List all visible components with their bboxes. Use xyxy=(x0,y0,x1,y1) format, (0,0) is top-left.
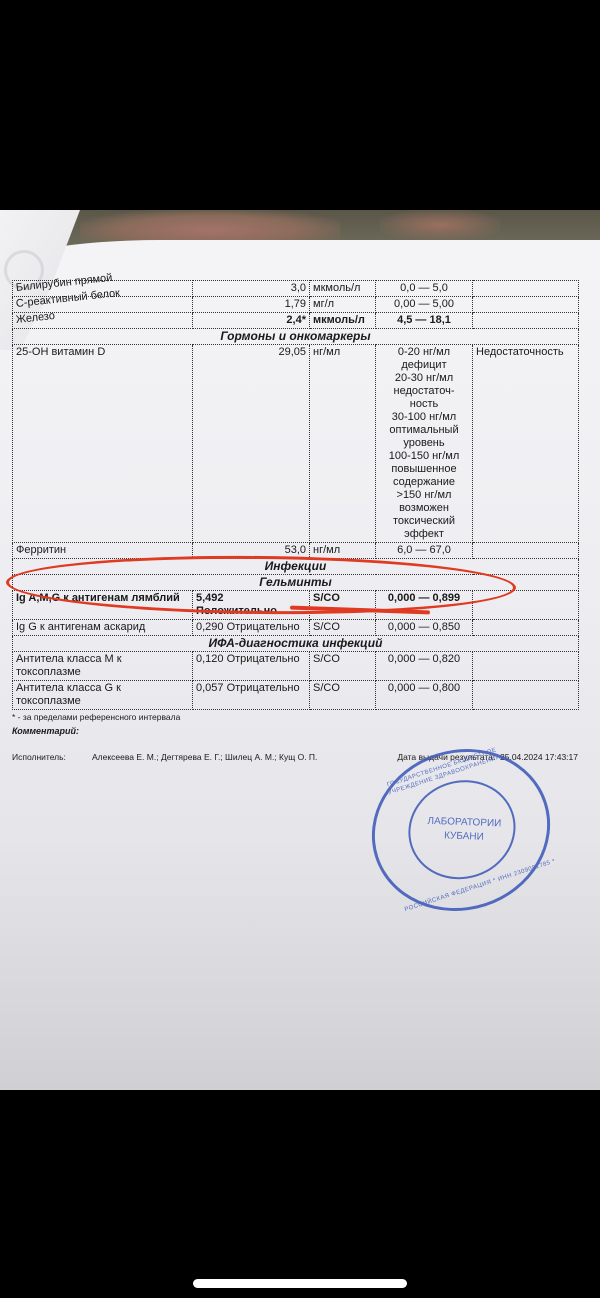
test-value: 0,290 Отрицательно xyxy=(193,620,310,636)
table-row: Ферритин 53,0 нг/мл 6,0 — 67,0 xyxy=(13,543,579,559)
test-unit: нг/мл xyxy=(310,543,376,559)
test-note xyxy=(473,681,579,710)
section-ifa: ИФА-диагностика инфекций xyxy=(13,636,579,652)
reference-range: 0,000 — 0,899 xyxy=(376,591,473,620)
home-indicator[interactable] xyxy=(193,1279,407,1288)
test-note xyxy=(473,652,579,681)
test-note: Недостаточность xyxy=(473,345,579,543)
lab-report: Билирубин прямой 3,0 мкмоль/л 0,0 — 5,0 … xyxy=(12,280,578,762)
test-name: С-реактивный белок xyxy=(13,297,193,313)
reference-range-line: повышенное xyxy=(379,463,469,476)
test-unit: S/CO xyxy=(310,681,376,710)
results-table: Билирубин прямой 3,0 мкмоль/л 0,0 — 5,0 … xyxy=(12,280,579,710)
test-unit: мкмоль/л xyxy=(310,281,376,297)
test-unit: нг/мл xyxy=(310,345,376,543)
reference-range-line: оптимальный xyxy=(379,424,469,437)
test-name: Ферритин xyxy=(13,543,193,559)
reference-range-line: 20-30 нг/мл xyxy=(379,372,469,385)
test-note xyxy=(473,591,579,620)
reference-range: 0,000 — 0,850 xyxy=(376,620,473,636)
test-unit: S/CO xyxy=(310,620,376,636)
section-infections: Инфекции xyxy=(13,559,579,575)
test-value: 2,4* xyxy=(193,313,310,329)
stamp-center-text: ЛАБОРАТОРИИ КУБАНИ xyxy=(410,814,519,846)
section-header: ИФА-диагностика инфекций xyxy=(13,636,579,652)
test-value: 0,120 Отрицательно xyxy=(193,652,310,681)
executor-label: Исполнитель: xyxy=(12,752,92,762)
reference-range-lines: 0-20 нг/млдефицит20-30 нг/млнедостаточ-н… xyxy=(379,346,469,541)
reference-range-line: возможен xyxy=(379,502,469,515)
test-name: Железо xyxy=(13,313,193,329)
footnote: * - за пределами референсного интервала xyxy=(12,712,578,722)
section-hormones: Гормоны и онкомаркеры xyxy=(13,329,579,345)
table-row: Железо 2,4* мкмоль/л 4,5 — 18,1 xyxy=(13,313,579,329)
table-row: Антитела класса М ктоксоплазме 0,120 Отр… xyxy=(13,652,579,681)
test-name: Ig A,M,G к антигенам лямблий xyxy=(13,591,193,620)
table-row: С-реактивный белок 1,79 мг/л 0,00 — 5,00 xyxy=(13,297,579,313)
reference-range-line: дефицит xyxy=(379,359,469,372)
section-helminths: Гельминты xyxy=(13,575,579,591)
reference-range-line: недостаточ- xyxy=(379,385,469,398)
reference-range: 0-20 нг/млдефицит20-30 нг/млнедостаточ-н… xyxy=(376,345,473,543)
reference-range-line: 0-20 нг/мл xyxy=(379,346,469,359)
executor-names: Алексеева Е. М.; Дегтярева Е. Г.; Шилец … xyxy=(92,752,392,762)
reference-range: 0,00 — 5,00 xyxy=(376,297,473,313)
reference-range-line: >150 нг/мл xyxy=(379,489,469,502)
test-note xyxy=(473,620,579,636)
reference-range-line: 100-150 нг/мл xyxy=(379,450,469,463)
test-name: Антитела класса М ктоксоплазме xyxy=(13,652,193,681)
reference-range: 4,5 — 18,1 xyxy=(376,313,473,329)
section-header: Гормоны и онкомаркеры xyxy=(13,329,579,345)
reference-range-line: эффект xyxy=(379,528,469,541)
test-name: Антитела класса G ктоксоплазме xyxy=(13,681,193,710)
test-note xyxy=(473,281,579,297)
test-value: 53,0 xyxy=(193,543,310,559)
test-name: Ig G к антигенам аскарид xyxy=(13,620,193,636)
reference-range-line: ность xyxy=(379,398,469,411)
reference-range-line: уровень xyxy=(379,437,469,450)
background-blur xyxy=(380,210,500,240)
test-name: 25-ОН витамин D xyxy=(13,345,193,543)
reference-range: 0,000 — 0,820 xyxy=(376,652,473,681)
reference-range-line: содержание xyxy=(379,476,469,489)
table-row: Антитела класса G ктоксоплазме 0,057 Отр… xyxy=(13,681,579,710)
table-row: 25-ОН витамин D 29,05 нг/мл 0-20 нг/млде… xyxy=(13,345,579,543)
test-unit: S/CO xyxy=(310,652,376,681)
test-value: 0,057 Отрицательно xyxy=(193,681,310,710)
test-value: 3,0 xyxy=(193,281,310,297)
table-row: Ig G к антигенам аскарид 0,290 Отрицател… xyxy=(13,620,579,636)
reference-range: 6,0 — 67,0 xyxy=(376,543,473,559)
test-unit: S/CO xyxy=(310,591,376,620)
comment-label: Комментарий: xyxy=(12,726,578,736)
test-note xyxy=(473,543,579,559)
test-note xyxy=(473,313,579,329)
section-header: Инфекции xyxy=(13,559,579,575)
test-unit: мкмоль/л xyxy=(310,313,376,329)
test-note xyxy=(473,297,579,313)
test-value: 1,79 xyxy=(193,297,310,313)
reference-range-line: токсический xyxy=(379,515,469,528)
reference-range: 0,0 — 5,0 xyxy=(376,281,473,297)
reference-range: 0,000 — 0,800 xyxy=(376,681,473,710)
section-header: Гельминты xyxy=(13,575,579,591)
test-value: 29,05 xyxy=(193,345,310,543)
test-unit: мг/л xyxy=(310,297,376,313)
reference-range-line: 30-100 нг/мл xyxy=(379,411,469,424)
